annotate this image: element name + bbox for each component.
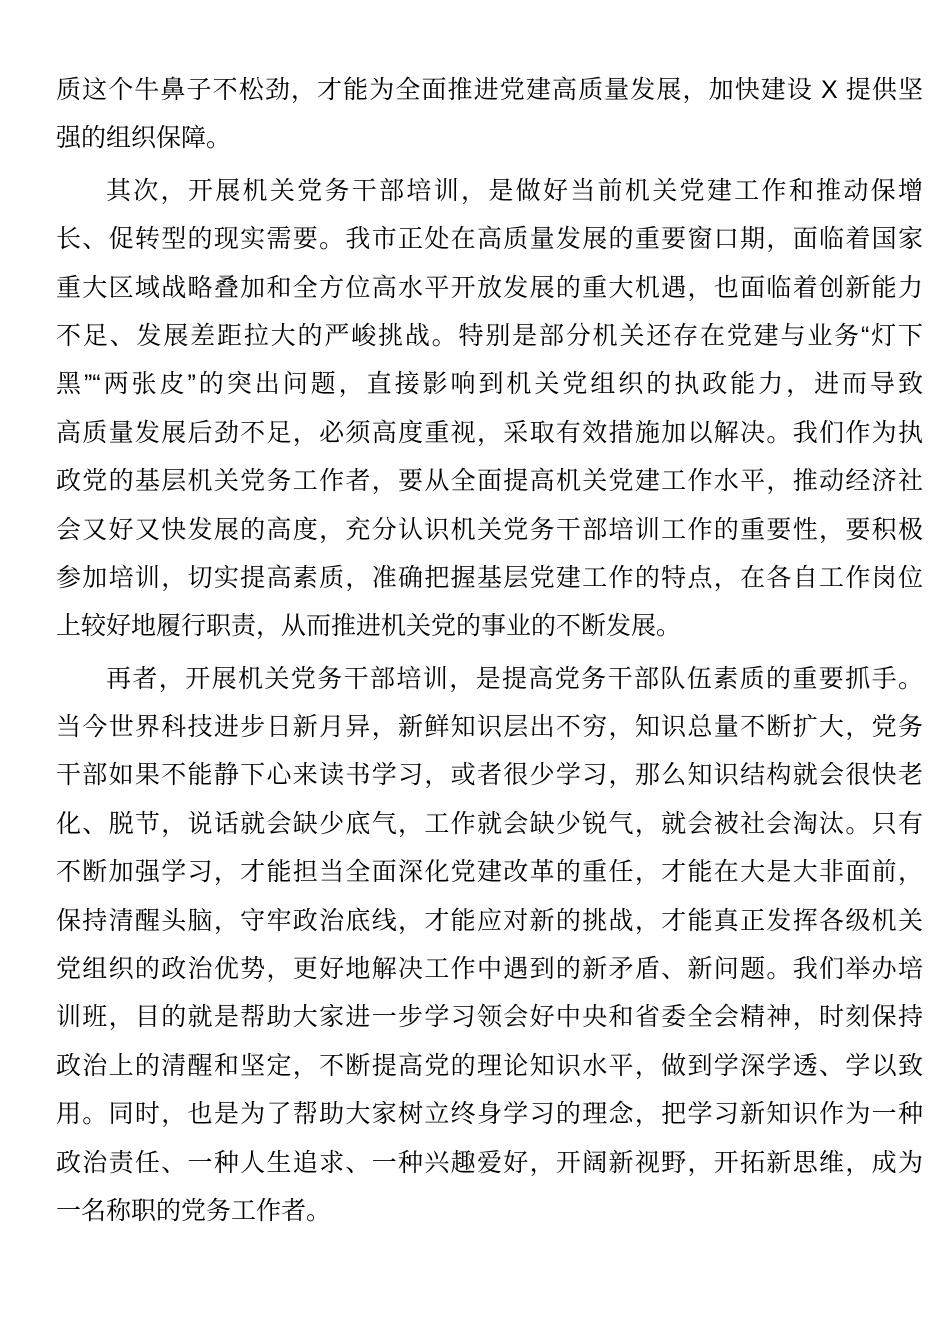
paragraph: 再者，开展机关党务干部培训，是提高党务干部队伍素质的重要抓手。 当今世界科技进步… [56, 655, 923, 1236]
text-line: 干部如果不能静下心来读书学习，或者很少学习，那么知识结构就会很快老 [56, 751, 923, 799]
text-line: 政党的基层机关党务工作者，要从全面提高机关党建工作水平，推动经济社 [56, 457, 923, 505]
text-line: 会又好又快发展的高度，充分认识机关党务干部培训工作的重要性，要积极 [56, 506, 923, 554]
text-line: 不断加强学习，才能担当全面深化党建改革的重任，才能在大是大非面前， [56, 848, 923, 896]
text-line: 一名称职的党务工作者。 [56, 1187, 923, 1235]
text-line: 政治上的清醒和坚定，不断提高党的理论知识水平，做到学深学透、学以致 [56, 1042, 923, 1090]
text-line: 当今世界科技进步日新月异，新鲜知识层出不穷，知识总量不断扩大，党务 [56, 703, 923, 751]
text-line: 参加培训，切实提高素质，准确把握基层党建工作的特点，在各自工作岗位 [56, 554, 923, 602]
text-line: 高质量发展后劲不足，必须高度重视，采取有效措施加以解决。我们作为执 [56, 409, 923, 457]
text-line: 黑”“两张皮”的突出问题，直接影响到机关党组织的执政能力，进而导致 [56, 360, 923, 408]
text-line: 不足、发展差距拉大的严峻挑战。特别是部分机关还存在党建与业务“灯下 [56, 312, 923, 360]
text-line: 上较好地履行职责，从而推进机关党的事业的不断发展。 [56, 602, 923, 650]
text-line: 再者，开展机关党务干部培训，是提高党务干部队伍素质的重要抓手。 [56, 655, 923, 703]
text-line: 长、促转型的现实需要。我市正处在高质量发展的重要窗口期，面临着国家 [56, 215, 923, 263]
text-line: 化、脱节，说话就会缺少底气，工作就会缺少锐气，就会被社会淘汰。只有 [56, 800, 923, 848]
text-line: 其次，开展机关党务干部培训，是做好当前机关党建工作和推动保增 [56, 167, 923, 215]
text-line: 用。同时，也是为了帮助大家树立终身学习的理念，把学习新知识作为一种 [56, 1090, 923, 1138]
text-line: 强的组织保障。 [56, 114, 923, 162]
text-line: 党组织的政治优势，更好地解决工作中遇到的新矛盾、新问题。我们举办培 [56, 945, 923, 993]
text-line: 保持清醒头脑，守牢政治底线，才能应对新的挑战，才能真正发挥各级机关 [56, 897, 923, 945]
text-line: 质这个牛鼻子不松劲，才能为全面推进党建高质量发展，加快建设 X 提供坚 [56, 66, 923, 114]
paragraph: 质这个牛鼻子不松劲，才能为全面推进党建高质量发展，加快建设 X 提供坚 强的组织… [56, 66, 923, 163]
text-line: 重大区域战略叠加和全方位高水平开放发展的重大机遇，也面临着创新能力 [56, 264, 923, 312]
text-line: 训班，目的就是帮助大家进一步学习领会好中央和省委全会精神，时刻保持 [56, 993, 923, 1041]
text-line: 政治责任、一种人生追求、一种兴趣爱好，开阔新视野，开拓新思维，成为 [56, 1139, 923, 1187]
paragraph: 其次，开展机关党务干部培训，是做好当前机关党建工作和推动保增 长、促转型的现实需… [56, 167, 923, 651]
document-page: 质这个牛鼻子不松劲，才能为全面推进党建高质量发展，加快建设 X 提供坚 强的组织… [0, 0, 950, 1344]
